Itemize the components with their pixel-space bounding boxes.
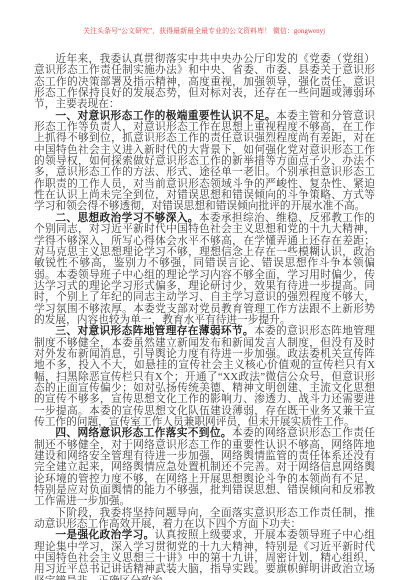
paragraph: 三、对意识形态阵地管理存在薄弱环节。本委的意识形态阵地管理制度不够健全，本委虽然… xyxy=(34,326,375,428)
paragraph: 下阶段，我委将坚持问题导向，全面落实意识形态工作责任制，推动意识形态工作高效开展… xyxy=(34,508,375,531)
paragraph-lead: 一、对意识形态工作的极端重要性认识不足。 xyxy=(55,110,276,122)
paragraph: 二、思想政治学习不够深入。本委承担综治、维稳、反邪教工作的个别同志，对习近平新时… xyxy=(34,213,375,326)
paragraph-text: 本委的意识形态阵地管理制度不够健全，本委虽然建立新闻发布和新闻发言人制度，但没有… xyxy=(34,325,375,428)
paragraph-text: 本委主管和分管意识形态工作等负责人，对意识形态工作在思想上重视程度不够高，在工作… xyxy=(34,110,375,213)
paragraph-text: 下阶段，我委将坚持问题导向，全面落实意识形态工作责任制，推动意识形态工作高效开展… xyxy=(34,507,375,530)
paragraph: 一是强化政治学习。认真按照上级要求，开展本委领导班子中心组理论集中学习，深入学习… xyxy=(34,530,375,580)
paragraph-lead: 三、对意识形态阵地管理存在薄弱环节。 xyxy=(55,325,254,337)
paragraph-lead: 四、网络意识形态工作落实不到位。 xyxy=(55,427,232,439)
paragraph-lead: 一是强化政治学习。 xyxy=(55,529,154,541)
paragraph: 一、对意识形态工作的极端重要性认识不足。本委主管和分管意识形态工作等负责人，对意… xyxy=(34,111,375,213)
paragraph: 四、网络意识形态工作落实不到位。本委的网络意识形态工作责任制还不够健全，对于网络… xyxy=(34,428,375,507)
document-body: 近年来，我委认真贯彻落实中共中央办公厅印发的《党委（党组）意识形态工作责任制实施… xyxy=(34,54,375,580)
document-page: 关注头条号“公文研究”，获得最新最全最专业的公文资料库！ 微信：gongweny… xyxy=(0,0,408,580)
header-notice: 关注头条号“公文研究”，获得最新最全最专业的公文资料库！ 微信：gongweny… xyxy=(0,27,408,36)
paragraph-text: 近年来，我委认真贯彻落实中共中央办公厅印发的《党委（党组）意识形态工作责任制实施… xyxy=(34,53,375,110)
paragraph-text: 本委承担综治、维稳、反邪教工作的个别同志，对习近平新时代中国特色社会主义思想和党… xyxy=(34,212,375,326)
paragraph-lead: 二、思想政治学习不够深入。 xyxy=(55,212,198,224)
paragraph-text: 本委的网络意识形态工作责任制还不够健全，对于网络意识形态工作的重要性认识不够高，… xyxy=(34,427,375,507)
paragraph: 近年来，我委认真贯彻落实中共中央办公厅印发的《党委（党组）意识形态工作责任制实施… xyxy=(34,54,375,111)
